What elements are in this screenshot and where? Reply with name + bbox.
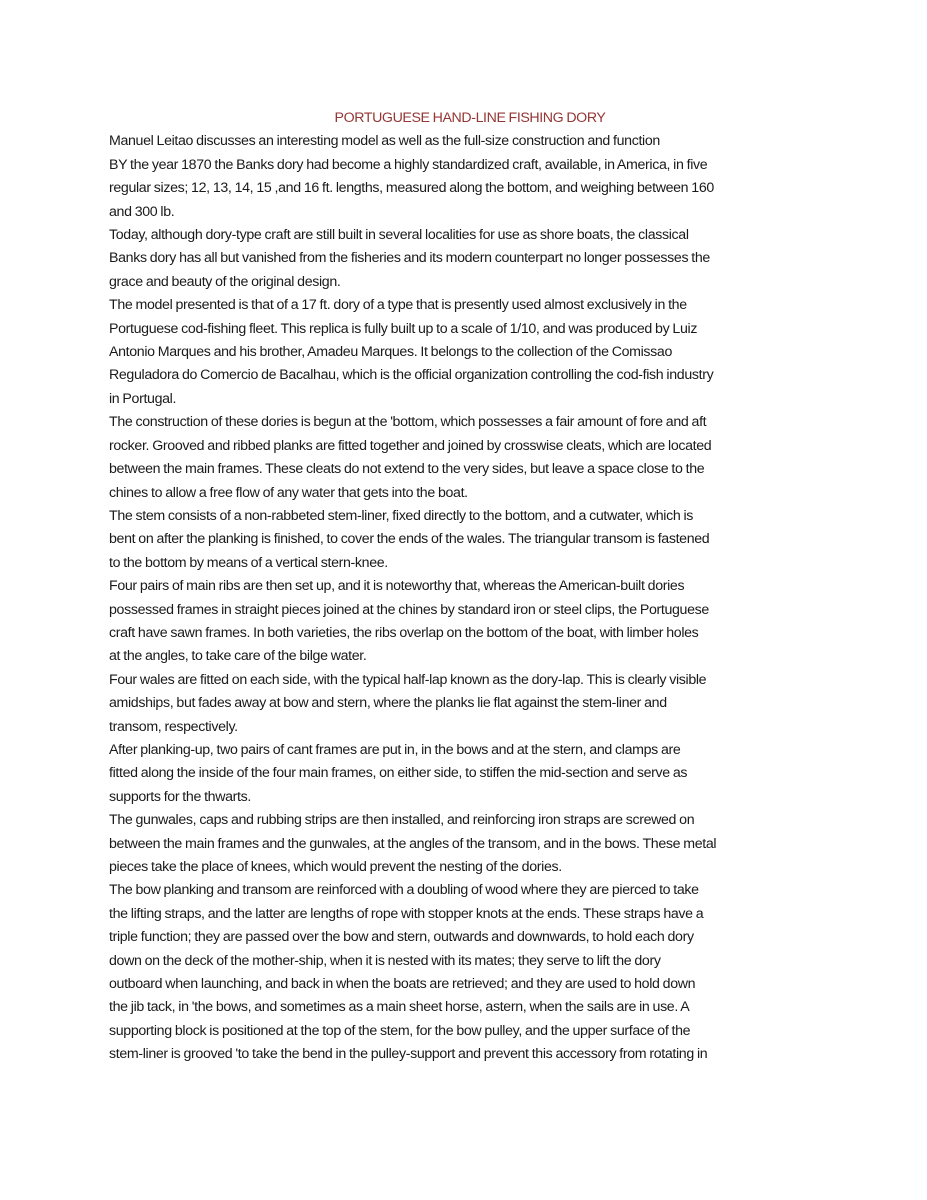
paragraph-subtitle: Manuel Leitao discusses an interesting m… <box>109 130 821 153</box>
paragraph-4: The construction of these dories is begu… <box>109 411 821 505</box>
document-title: PORTUGUESE HAND-LINE FISHING DORY <box>109 107 821 130</box>
paragraph-7: Four wales are fitted on each side, with… <box>109 669 821 739</box>
paragraph-8: After planking-up, two pairs of cant fra… <box>109 739 821 809</box>
document-page: PORTUGUESE HAND-LINE FISHING DORY Manuel… <box>109 107 821 1067</box>
paragraph-10: The bow planking and transom are reinfor… <box>109 879 821 1066</box>
paragraph-5: The stem consists of a non-rabbeted stem… <box>109 505 821 575</box>
paragraph-2: Today, although dory-type craft are stil… <box>109 224 821 294</box>
paragraph-9: The gunwales, caps and rubbing strips ar… <box>109 809 821 879</box>
paragraph-1: BY the year 1870 the Banks dory had beco… <box>109 154 821 224</box>
paragraph-6: Four pairs of main ribs are then set up,… <box>109 575 821 669</box>
paragraph-3: The model presented is that of a 17 ft. … <box>109 294 821 411</box>
